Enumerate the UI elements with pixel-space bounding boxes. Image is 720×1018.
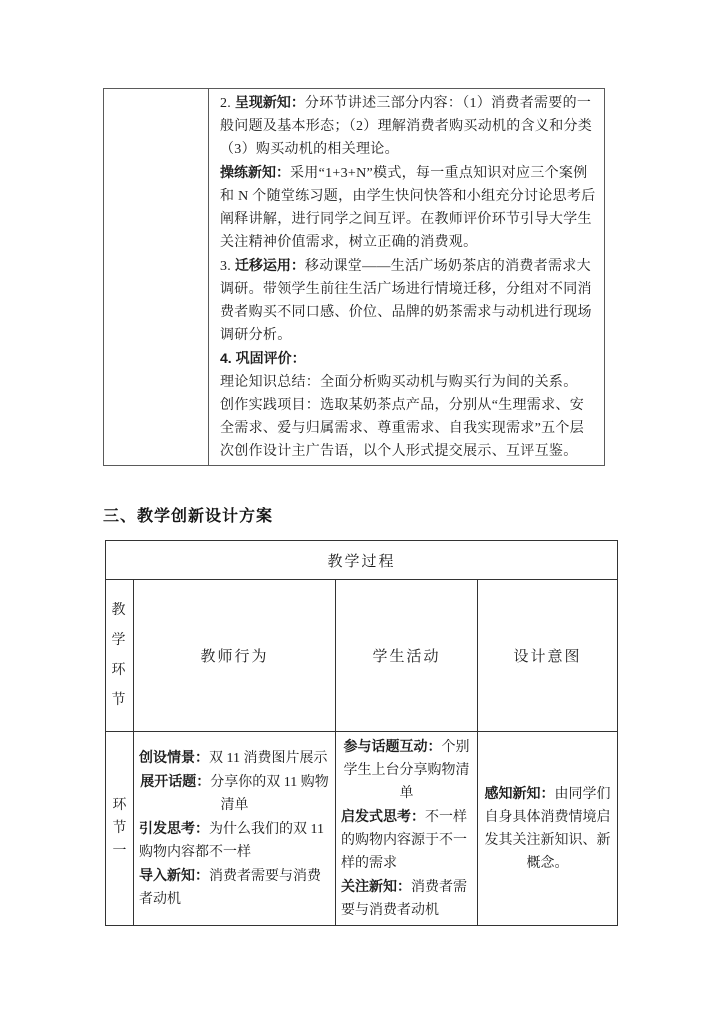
student-activity-cell: 参与话题互动：个别学生上台分享购物清单启发式思考：不一样的购物内容源于不一样的需… <box>336 732 478 926</box>
process-table-title: 教学过程 <box>106 541 618 580</box>
process-table: 教学过程 教 学 环 节 教师行为 学生活动 设计意图 环 节 一 创设情景：双… <box>105 540 618 926</box>
continuation-table: 2. 呈现新知：分环节讲述三部分内容：（1）消费者需要的一般问题及基本形态；（2… <box>103 88 605 466</box>
column-header-students: 学生活动 <box>336 580 478 732</box>
design-intent-cell: 感知新知：由同学们自身具体消费情境启发其关注新知识、新概念。 <box>478 732 618 926</box>
column-header-intent: 设计意图 <box>478 580 618 732</box>
teaching-steps-cell: 2. 呈现新知：分环节讲述三部分内容：（1）消费者需要的一般问题及基本形态；（2… <box>209 89 605 466</box>
stage-cell: 环 节 一 <box>106 732 134 926</box>
stage-column-header: 教 学 环 节 <box>106 580 134 732</box>
document-page: 2. 呈现新知：分环节讲述三部分内容：（1）消费者需要的一般问题及基本形态；（2… <box>0 0 720 1018</box>
column-header-teacher: 教师行为 <box>134 580 336 732</box>
section-heading: 三、教学创新设计方案 <box>103 503 273 526</box>
teacher-activity-cell: 创设情景：双 11 消费图片展示展开话题：分享你的双 11 购物清单引发思考：为… <box>134 732 336 926</box>
empty-stage-cell <box>104 89 209 466</box>
